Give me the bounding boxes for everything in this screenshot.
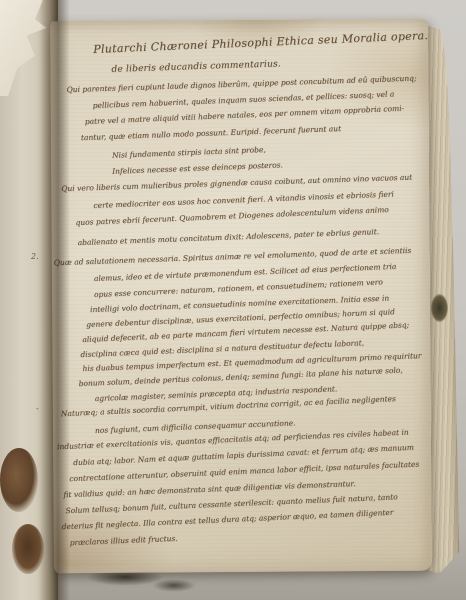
margin-mark: 2. <box>31 252 39 261</box>
margin-mark: - <box>36 404 39 413</box>
manuscript-photo: Plutarchi Chæronei Philosophi Ethica seu… <box>0 0 466 600</box>
margin-annotations: 2.- <box>0 0 466 600</box>
